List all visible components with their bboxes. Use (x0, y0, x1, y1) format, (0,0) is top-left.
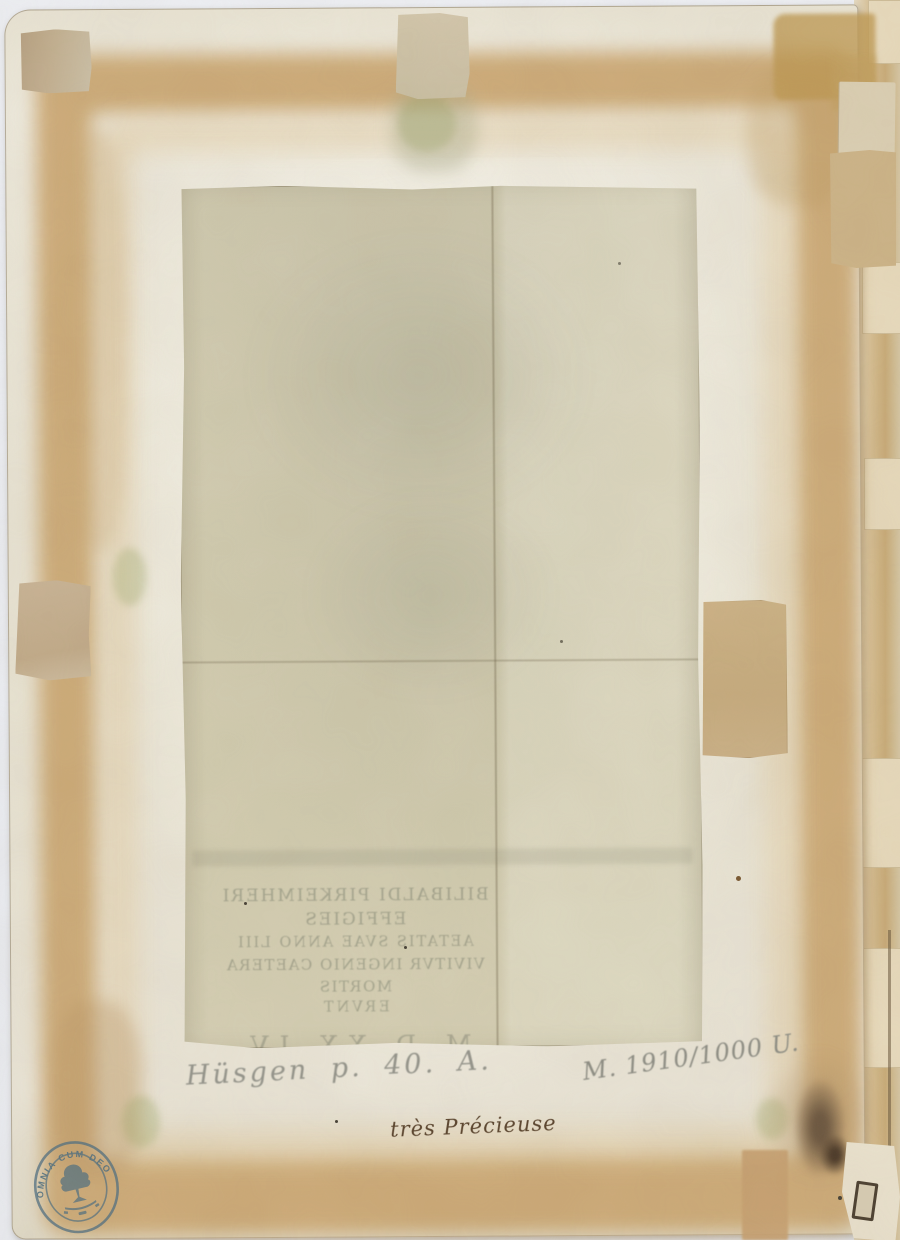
foxing-speck (404, 946, 407, 949)
foxing-speck (335, 1120, 338, 1123)
foxing-speck (560, 640, 563, 643)
tape-remnant-strip-3 (860, 758, 900, 868)
foxing-speck (736, 876, 741, 881)
green-stain-bottom-left (122, 1096, 160, 1148)
foxing-speck (618, 262, 621, 265)
inscription-line: VIVITVR INGENIO CAETERA MORTIS (195, 953, 515, 999)
inscription-line: BILIBALDI PIRKEIMHERI EFFIGIES (195, 883, 515, 933)
tape-remnant-bottom-right (742, 1150, 788, 1240)
photo-of-print-verso: { "artifact": { "description": "Verso of… (0, 0, 900, 1240)
tape-remnant-top-center (395, 13, 470, 99)
tape-remnant-right-2 (830, 150, 896, 268)
tape-remnant-top-left (19, 29, 91, 93)
inscription-line: ERVNT (195, 997, 515, 1020)
tape-remnant-strip-1 (862, 262, 900, 334)
foxing-speck (244, 902, 247, 905)
tape-remnant-strip-2 (864, 458, 900, 530)
mounted-sheet-verso: BILIBALDI PIRKEIMHERI EFFIGIES AETATIS S… (178, 183, 703, 1048)
stain-wash-left (66, 130, 129, 550)
green-stain-top-center (398, 94, 456, 152)
mirrored-inscription: BILIBALDI PIRKEIMHERI EFFIGIES AETATIS S… (195, 883, 516, 1062)
green-stain-left (113, 548, 147, 606)
backing-board: BILIBALDI PIRKEIMHERI EFFIGIES AETATIS S… (4, 4, 865, 1239)
image-showthrough-blob (239, 224, 601, 526)
tree-icon (53, 1161, 101, 1219)
foxing-speck (838, 1196, 842, 1200)
plate-edge-showthrough (192, 847, 692, 866)
tape-remnant-left-middle (15, 580, 92, 680)
tape-patch-right-middle (701, 600, 788, 759)
image-showthrough-blob (300, 484, 561, 706)
inscription-line: AETATIS SVAE ANNO LIII (195, 931, 515, 955)
